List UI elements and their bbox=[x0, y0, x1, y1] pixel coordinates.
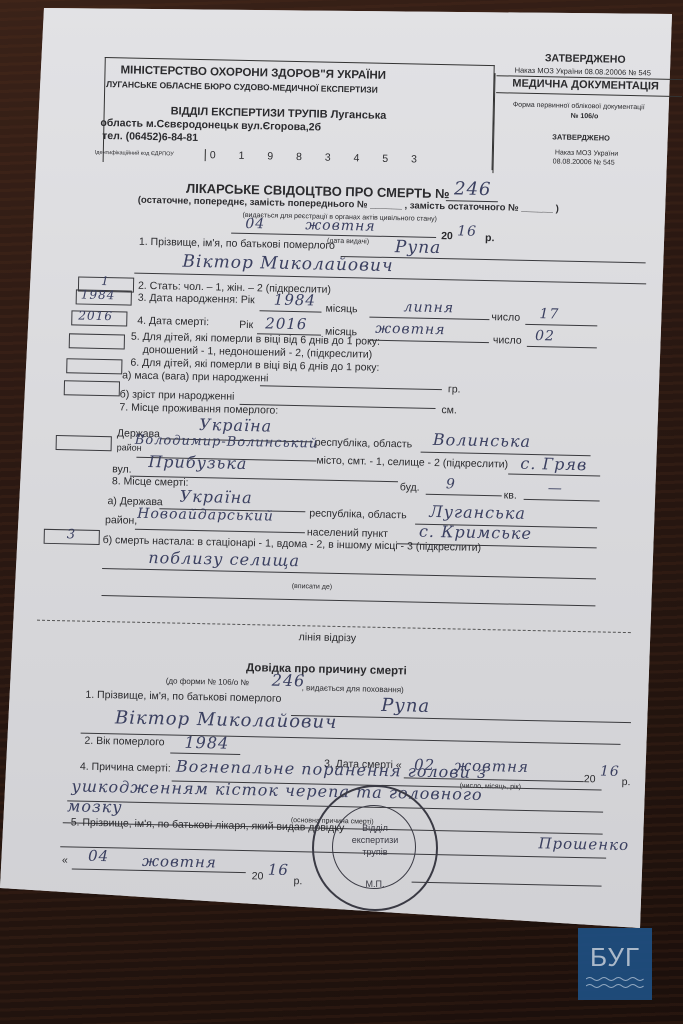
logo-text: БУГ bbox=[578, 942, 652, 973]
department-phone: тел. (06452)6-84-81 bbox=[102, 130, 198, 144]
issue-day: 04 bbox=[245, 216, 265, 232]
death-settlement: с. Кримське bbox=[419, 522, 532, 543]
residence-apt-label: кв. bbox=[504, 489, 517, 501]
code-box-district bbox=[56, 435, 112, 451]
approval-divider-2 bbox=[496, 92, 682, 97]
issue-year-suffix: 16 bbox=[457, 223, 477, 239]
cause-name: Віктор Миколайович bbox=[115, 707, 338, 733]
official-seal-stamp: Відділ експертизи трупів М.П. bbox=[312, 785, 438, 911]
code-box-6b bbox=[64, 380, 120, 396]
residence-street: Прибузька bbox=[148, 452, 247, 473]
issue-month: жовтня bbox=[305, 217, 376, 234]
residence-house: 9 bbox=[446, 476, 456, 492]
cause-year-suffix: 16 bbox=[600, 764, 620, 780]
cause-line-3: мозку bbox=[67, 796, 123, 816]
deceased-name: Віктор Миколайович bbox=[182, 252, 393, 276]
residence-state: Україна bbox=[199, 415, 272, 436]
form-number: № 106/о bbox=[571, 113, 599, 121]
cause-ref-number: 246 bbox=[272, 671, 306, 691]
death-year: 2016 bbox=[265, 314, 308, 333]
birth-day-label: число bbox=[491, 311, 520, 324]
residence-region: Волинська bbox=[433, 430, 532, 451]
residence-district: Володимир-Волинський bbox=[135, 433, 319, 452]
cause-surname-underline bbox=[291, 715, 631, 723]
death-day-underline bbox=[527, 346, 597, 348]
cause-issue-year-suffix: 16 bbox=[268, 861, 289, 879]
birth-day-underline bbox=[525, 324, 597, 327]
field-3-label: 3. Дата народження: Рік bbox=[138, 292, 255, 306]
waves-icon bbox=[586, 976, 644, 990]
cause-issue-year-label: р. bbox=[293, 875, 302, 887]
cause-ref-suffix: , видається для поховання) bbox=[302, 683, 404, 694]
code-box-5 bbox=[69, 333, 125, 349]
cause-issue-year-prefix: 20 bbox=[252, 870, 264, 882]
cause-of-death-label: 4. Причина смерті: bbox=[80, 761, 171, 775]
cause-field-1-label: 1. Прізвище, ім'я, по батькові померлого bbox=[85, 689, 281, 705]
cause-line-1: Вогнепальне поранення голови з bbox=[176, 757, 487, 783]
write-where-caption: (вписати де) bbox=[292, 583, 332, 591]
cause-year-prefix: 20 bbox=[584, 773, 596, 785]
code-box-value: 3 bbox=[67, 527, 77, 542]
cause-section-title: Довідка про причину смерті bbox=[246, 662, 407, 677]
death-region: Луганська bbox=[429, 502, 526, 523]
order-bottom-2: 08.08.20006 № 545 bbox=[553, 158, 615, 166]
approved-top: ЗАТВЕРДЖЕНО bbox=[545, 52, 626, 66]
residence-street-label: вул. bbox=[112, 463, 132, 475]
approved-bottom: ЗАТВЕРДЖЕНО bbox=[552, 132, 610, 142]
death-district-label: район, bbox=[105, 514, 137, 527]
birth-year-underline bbox=[260, 310, 322, 312]
death-place-detail: поблизу селища bbox=[148, 548, 300, 570]
residence-village: с. Гряв bbox=[520, 454, 587, 474]
cut-line-label: лінія відрізу bbox=[297, 631, 359, 644]
weight-unit: гр. bbox=[448, 383, 461, 395]
field-4-label: 4. Дата смерті: bbox=[137, 315, 209, 329]
code-box-value: 2016 bbox=[78, 308, 113, 323]
issue-quote-open: « bbox=[62, 854, 68, 866]
death-district: Новоайдарський bbox=[137, 506, 274, 525]
code-box-death-year: 2016 bbox=[71, 310, 127, 326]
stamp-inner-text-2: експертизи bbox=[338, 835, 412, 846]
cause-ref-prefix: (до форми № 106/о № bbox=[166, 676, 249, 687]
field-6a-label: а) маса (вага) при народженні bbox=[122, 369, 269, 384]
cause-surname: Рупа bbox=[381, 695, 430, 717]
field-8-label: 8. Місце смерті: bbox=[112, 475, 189, 489]
residence-house-underline bbox=[426, 494, 502, 497]
cause-age-label: 2. Вік померлого bbox=[84, 735, 164, 749]
death-month: жовтня bbox=[375, 321, 446, 338]
code-box-6a bbox=[66, 358, 122, 374]
death-month-underline bbox=[369, 340, 489, 344]
signature-underline bbox=[412, 882, 602, 887]
birth-month-label: місяць bbox=[325, 303, 357, 316]
death-state: Україна bbox=[179, 487, 252, 508]
issue-year-prefix: 20 bbox=[441, 230, 453, 242]
medical-documentation-title: МЕДИЧНА ДОКУМЕНТАЦІЯ bbox=[512, 78, 659, 93]
residence-apt: — bbox=[548, 480, 563, 496]
cause-age-underline bbox=[170, 753, 240, 755]
birth-month-underline bbox=[369, 317, 489, 321]
residence-republic-label: республіка, область bbox=[315, 436, 413, 450]
weight-underline bbox=[260, 385, 442, 390]
code-box-value: 1984 bbox=[81, 288, 116, 303]
death-place-underline-2 bbox=[102, 595, 596, 606]
field-1-label: 1. Прізвище, ім'я, по батькові померлого bbox=[139, 236, 335, 252]
cause-age: 1984 bbox=[184, 733, 229, 753]
order-bottom-1: Наказ МОЗ України bbox=[555, 149, 618, 157]
residence-city-label: місто, смт. - 1, селище - 2 (підкреслити… bbox=[316, 455, 508, 471]
code-box-value: 1 bbox=[101, 274, 110, 288]
residence-house-label: буд. bbox=[400, 481, 420, 493]
stamp-seal-label: М.П. bbox=[354, 879, 396, 890]
issue-year-label: р. bbox=[485, 232, 495, 244]
stamp-inner-text-1: Відділ bbox=[344, 823, 406, 834]
height-unit: см. bbox=[441, 404, 457, 416]
cause-issue-month: жовтня bbox=[142, 852, 217, 872]
death-day: 02 bbox=[535, 328, 555, 344]
death-day-label: число bbox=[493, 334, 522, 347]
field-6b-label: б) зріст при народженні bbox=[120, 388, 235, 402]
birth-year: 1984 bbox=[274, 291, 317, 310]
bug-news-logo: БУГ bbox=[578, 928, 652, 1000]
death-district-underline bbox=[135, 529, 305, 534]
deceased-surname: Рупа bbox=[395, 237, 442, 258]
doctor-signature: Прошенко bbox=[538, 834, 629, 854]
residence-apt-underline bbox=[524, 499, 600, 502]
death-place-underline bbox=[102, 568, 596, 579]
certificate-number: 246 bbox=[454, 178, 492, 200]
cause-issue-day: 04 bbox=[88, 847, 109, 865]
death-republic-label: республіка, область bbox=[309, 507, 407, 521]
cause-year-label: р. bbox=[622, 776, 631, 788]
birth-day: 17 bbox=[539, 306, 559, 322]
death-year-label: Рік bbox=[239, 319, 253, 331]
form-label: Форма первинної облікової документації bbox=[513, 102, 645, 112]
stamp-inner-text-3: трупів bbox=[344, 847, 406, 858]
code-box-death-place: 3 bbox=[44, 529, 100, 545]
code-box-birth-year: 1984 bbox=[76, 289, 132, 305]
birth-month: липня bbox=[403, 299, 454, 316]
